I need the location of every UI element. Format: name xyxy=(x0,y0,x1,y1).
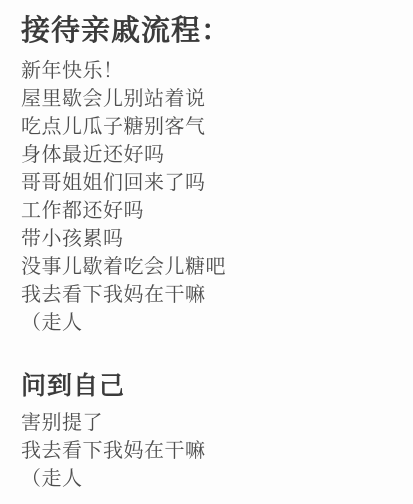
document-page: 接待亲戚流程： 新年快乐！ 屋里歇会儿别站着说 吃点儿瓜子糖别客气 身体最近还好… xyxy=(0,0,413,504)
text-line: 我去看下我妈在干嘛 xyxy=(21,436,397,464)
text-line: 屋里歇会儿别站着说 xyxy=(21,84,397,112)
text-line: 哥哥姐姐们回来了吗 xyxy=(21,168,397,196)
text-line: 害别提了 xyxy=(21,408,397,436)
text-line: 吃点儿瓜子糖别客气 xyxy=(21,112,397,140)
text-line: （走人 xyxy=(21,464,397,492)
section-receiving-relatives: 接待亲戚流程： 新年快乐！ 屋里歇会儿别站着说 吃点儿瓜子糖别客气 身体最近还好… xyxy=(21,8,397,336)
section-heading: 问到自己 xyxy=(21,370,397,402)
text-line: 我去看下我妈在干嘛 xyxy=(21,280,397,308)
text-line: 带小孩累吗 xyxy=(21,224,397,252)
text-line: 没事儿歇着吃会儿糖吧 xyxy=(21,252,397,280)
section-heading: 接待亲戚流程： xyxy=(21,8,397,48)
text-line: （走人 xyxy=(21,308,397,336)
text-line: 新年快乐！ xyxy=(21,56,397,84)
section-asked-about-self: 问到自己 害别提了 我去看下我妈在干嘛 （走人 xyxy=(21,370,397,492)
text-line: 工作都还好吗 xyxy=(21,196,397,224)
text-line: 身体最近还好吗 xyxy=(21,140,397,168)
